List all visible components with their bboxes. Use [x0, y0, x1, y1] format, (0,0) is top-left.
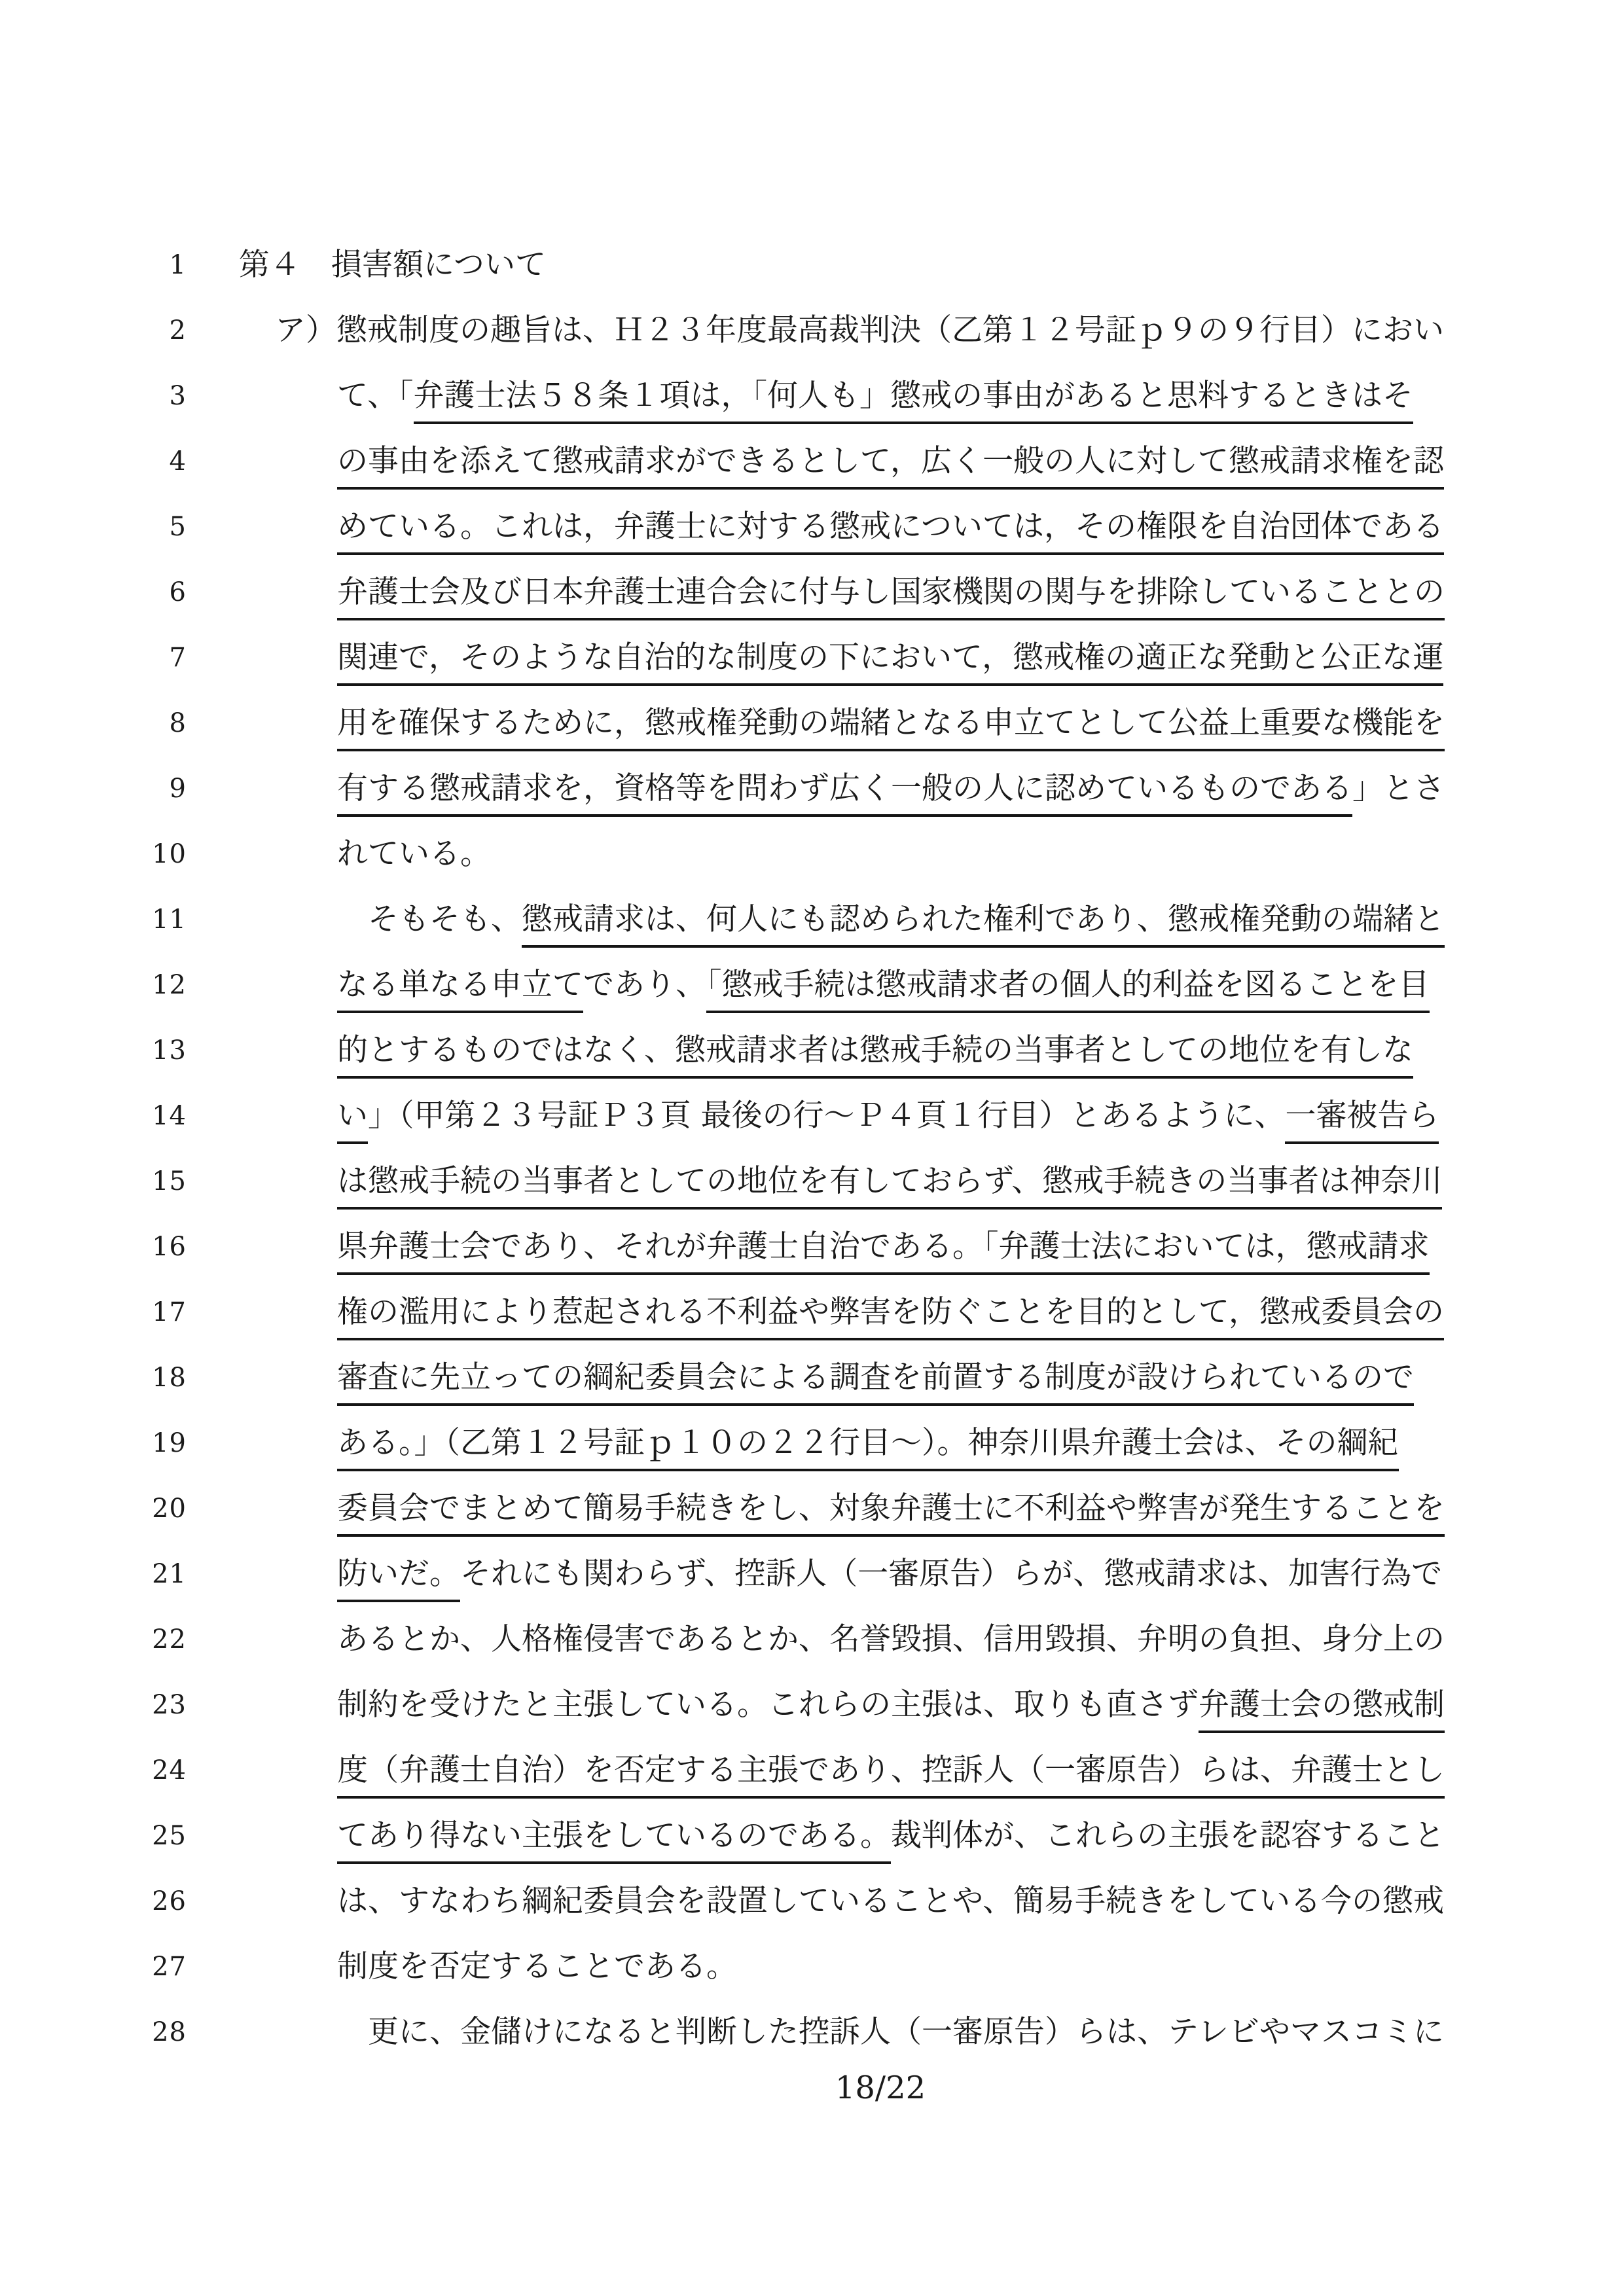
document-line: 25 てあり得ない主張をしているのである。裁判体が、これらの主張を認容すること [0, 1803, 1624, 1869]
document-line: 10 れている。 [0, 821, 1624, 887]
line-text: は、すなわち綱紀委員会を設置していることや、簡易手続きをしている今の懲戒 [337, 1869, 1444, 1934]
underlined-text: 的とするものではなく、懲戒請求者は懲戒手続の当事者としての地位を有しな [337, 1032, 1413, 1079]
line-number: 24 [118, 1738, 187, 1803]
underlined-text: 審査に先立っての綱紀委員会による調査を前置する制度が設けられているので [337, 1359, 1414, 1406]
line-number: 27 [118, 1934, 187, 2000]
line-number: 13 [118, 1018, 187, 1083]
underlined-text: 弁護士会及び日本弁護士連合会に付与し国家機関の関与を排除していることとの [337, 574, 1445, 620]
line-text: ある。」（乙第１２号証ｐ１０の２２行目～）。神奈川県弁護士会は、その綱紀 [337, 1410, 1399, 1476]
underlined-text: 「懲戒手続は懲戒請求者の個人的利益を図ることを目 [706, 967, 1430, 1013]
document-line: 7 関連で，そのような自治的な制度の下において，懲戒権の適正な発動と公正な運 [0, 625, 1624, 691]
line-number: 25 [118, 1803, 187, 1869]
plain-text: であり、 [583, 967, 706, 1003]
line-text: 権の濫用により惹起される不利益や弊害を防ぐことを目的として，懲戒委員会の [337, 1280, 1444, 1345]
line-number: 18 [118, 1345, 187, 1410]
line-number: 3 [118, 363, 187, 429]
document-line: 23 制約を受けたと主張している。これらの主張は、取りも直さず弁護士会の懲戒制 [0, 1672, 1624, 1738]
underlined-text: めている。これは，弁護士に対する懲戒については，その権限を自治団体である [337, 509, 1444, 555]
document-line: 11 そもそも、懲戒請求は、何人にも認められた権利であり、懲戒権発動の端緒と [0, 887, 1624, 952]
line-number: 19 [118, 1410, 187, 1476]
underlined-text: 弁護士法５８条１項は，「何人も」懲戒の事由があると思料するときはそ [414, 378, 1414, 424]
document-line: 14 い」（甲第２３号証Ｐ３頁 最後の行～Ｐ４頁１行目）とあるように、一審被告ら [0, 1083, 1624, 1149]
line-text: て、「弁護士法５８条１項は，「何人も」懲戒の事由があると思料するときはそ [337, 363, 1413, 429]
document-line: 1 第４ 損害額について [0, 232, 1624, 298]
plain-text: 更に、金儲けになると判断した控訴人（一審原告）らは、テレビやマスコミに [368, 2014, 1444, 2050]
plain-text: 第４ 損害額について [239, 247, 546, 283]
plain-text: て、「 [337, 378, 414, 414]
underlined-text: てあり得ない主張をしているのである。 [337, 1818, 891, 1864]
document-body: 1 第４ 損害額について 2 ア）懲戒制度の趣旨は、Ｈ２３年度最高裁判決（乙第１… [0, 232, 1624, 2065]
document-line: 4 の事由を添えて懲戒請求ができるとして，広く一般の人に対して懲戒請求権を認 [0, 429, 1624, 494]
document-line: 20 委員会でまとめて簡易手続きをし、対象弁護士に不利益や弊害が発生することを [0, 1476, 1624, 1541]
plain-text: れている。 [337, 836, 491, 872]
line-text: そもそも、懲戒請求は、何人にも認められた権利であり、懲戒権発動の端緒と [368, 887, 1445, 952]
line-text: 有する懲戒請求を，資格等を問わず広く一般の人に認めているものである」とさ [337, 756, 1445, 821]
document-line: 19 ある。」（乙第１２号証ｐ１０の２２行目～）。神奈川県弁護士会は、その綱紀 [0, 1410, 1624, 1476]
line-number: 21 [118, 1541, 187, 1607]
line-number: 9 [118, 756, 187, 821]
document-line: 18 審査に先立っての綱紀委員会による調査を前置する制度が設けられているので [0, 1345, 1624, 1410]
line-number: 8 [118, 691, 187, 756]
line-number: 11 [118, 887, 187, 952]
underlined-text: は懲戒手続の当事者としての地位を有しておらず、懲戒手続きの当事者は神奈川 [337, 1163, 1442, 1210]
line-text: 制度を否定することである。 [337, 1934, 737, 2000]
line-text: 的とするものではなく、懲戒請求者は懲戒手続の当事者としての地位を有しな [337, 1018, 1413, 1083]
document-line: 28 更に、金儲けになると判断した控訴人（一審原告）らは、テレビやマスコミに [0, 2000, 1624, 2065]
underlined-text: 弁護士会の懲戒制 [1199, 1687, 1445, 1733]
document-line: 2 ア）懲戒制度の趣旨は、Ｈ２３年度最高裁判決（乙第１２号証ｐ９の９行目）におい [0, 298, 1624, 363]
document-line: 6 弁護士会及び日本弁護士連合会に付与し国家機関の関与を排除していることとの [0, 560, 1624, 625]
scanned-legal-document-page: 1 第４ 損害額について 2 ア）懲戒制度の趣旨は、Ｈ２３年度最高裁判決（乙第１… [0, 0, 1624, 2296]
line-text: なる単なる申立てであり、「懲戒手続は懲戒請求者の個人的利益を図ることを目 [337, 952, 1430, 1018]
plain-text: 」（甲第２３号証Ｐ３頁 最後の行～Ｐ４頁１行目）とあるように、 [368, 1098, 1285, 1134]
underlined-text: い [337, 1098, 368, 1144]
underlined-text: 委員会でまとめて簡易手続きをし、対象弁護士に不利益や弊害が発生することを [337, 1490, 1445, 1537]
page-number: 18/22 [337, 2068, 1424, 2108]
line-text: い」（甲第２３号証Ｐ３頁 最後の行～Ｐ４頁１行目）とあるように、一審被告ら [337, 1083, 1439, 1149]
plain-text: 制約を受けたと主張している。これらの主張は、取りも直さず [337, 1687, 1199, 1723]
plain-text: そもそも、 [368, 901, 522, 937]
line-text: 関連で，そのような自治的な制度の下において，懲戒権の適正な発動と公正な運 [337, 625, 1443, 691]
line-number: 26 [118, 1869, 187, 1934]
line-text: あるとか、人格権侵害であるとか、名誉毀損、信用毀損、弁明の負担、身分上の [337, 1607, 1445, 1672]
document-line: 3 て、「弁護士法５８条１項は，「何人も」懲戒の事由があると思料するときはそ [0, 363, 1624, 429]
plain-text: 裁判体が、これらの主張を認容すること [891, 1818, 1445, 1854]
document-line: 21 防いだ。それにも関わらず、控訴人（一審原告）らが、懲戒請求は、加害行為で [0, 1541, 1624, 1607]
line-number: 23 [118, 1672, 187, 1738]
line-number: 1 [118, 232, 187, 298]
document-line: 24 度（弁護士自治）を否定する主張であり、控訴人（一審原告）らは、弁護士とし [0, 1738, 1624, 1803]
document-line: 16 県弁護士会であり、それが弁護士自治である。「弁護士法においては，懲戒請求 [0, 1214, 1624, 1280]
underlined-text: 権の濫用により惹起される不利益や弊害を防ぐことを目的として，懲戒委員会の [337, 1294, 1444, 1340]
document-line: 5 めている。これは，弁護士に対する懲戒については，その権限を自治団体である [0, 494, 1624, 560]
underlined-text: 有する懲戒請求を，資格等を問わず広く一般の人に認めているものである [337, 770, 1352, 817]
document-line: 9 有する懲戒請求を，資格等を問わず広く一般の人に認めているものである」とさ [0, 756, 1624, 821]
underlined-text: ある。」（乙第１２号証ｐ１０の２２行目～）。神奈川県弁護士会は、その綱紀 [337, 1425, 1399, 1471]
underlined-text: 懲戒請求は、何人にも認められた権利であり、懲戒権発動の端緒と [522, 901, 1445, 948]
line-text: 弁護士会及び日本弁護士連合会に付与し国家機関の関与を排除していることとの [337, 560, 1445, 625]
line-text: 委員会でまとめて簡易手続きをし、対象弁護士に不利益や弊害が発生することを [337, 1476, 1445, 1541]
line-number: 14 [118, 1083, 187, 1149]
document-line: 8 用を確保するために，懲戒権発動の端緒となる申立てとして公益上重要な機能を [0, 691, 1624, 756]
line-number: 5 [118, 494, 187, 560]
underlined-text: 関連で，そのような自治的な制度の下において，懲戒権の適正な発動と公正な運 [337, 639, 1443, 686]
line-text: 防いだ。それにも関わらず、控訴人（一審原告）らが、懲戒請求は、加害行為で [337, 1541, 1442, 1607]
line-number: 22 [118, 1607, 187, 1672]
line-number: 28 [118, 2000, 187, 2065]
plain-text: ア）懲戒制度の趣旨は、Ｈ２３年度最高裁判決（乙第１２号証ｐ９の９行目）におい [275, 312, 1444, 348]
line-number: 6 [118, 560, 187, 625]
line-text: 度（弁護士自治）を否定する主張であり、控訴人（一審原告）らは、弁護士とし [337, 1738, 1445, 1803]
line-number: 7 [118, 625, 187, 691]
plain-text: 」とさ [1352, 770, 1445, 806]
line-text: 更に、金儲けになると判断した控訴人（一審原告）らは、テレビやマスコミに [368, 2000, 1444, 2065]
line-number: 20 [118, 1476, 187, 1541]
line-text: れている。 [337, 821, 491, 887]
underlined-text: なる単なる申立て [337, 967, 583, 1013]
plain-text: それにも関わらず、控訴人（一審原告）らが、懲戒請求は、加害行為で [460, 1556, 1442, 1592]
underlined-text: の事由を添えて懲戒請求ができるとして，広く一般の人に対して懲戒請求権を認 [337, 443, 1444, 490]
line-text: てあり得ない主張をしているのである。裁判体が、これらの主張を認容すること [337, 1803, 1445, 1869]
line-text: は懲戒手続の当事者としての地位を有しておらず、懲戒手続きの当事者は神奈川 [337, 1149, 1442, 1214]
document-line: 22 あるとか、人格権侵害であるとか、名誉毀損、信用毀損、弁明の負担、身分上の [0, 1607, 1624, 1672]
underlined-text: 一審被告ら [1285, 1098, 1439, 1144]
plain-text: 制度を否定することである。 [337, 1948, 737, 1984]
plain-text: あるとか、人格権侵害であるとか、名誉毀損、信用毀損、弁明の負担、身分上の [337, 1621, 1445, 1657]
line-number: 17 [118, 1280, 187, 1345]
line-text: めている。これは，弁護士に対する懲戒については，その権限を自治団体である [337, 494, 1444, 560]
underlined-text: 用を確保するために，懲戒権発動の端緒となる申立てとして公益上重要な機能を [337, 705, 1445, 751]
document-line: 27 制度を否定することである。 [0, 1934, 1624, 2000]
line-number: 12 [118, 952, 187, 1018]
line-text: 制約を受けたと主張している。これらの主張は、取りも直さず弁護士会の懲戒制 [337, 1672, 1445, 1738]
line-number: 15 [118, 1149, 187, 1214]
line-text: 審査に先立っての綱紀委員会による調査を前置する制度が設けられているので [337, 1345, 1414, 1410]
line-text: 用を確保するために，懲戒権発動の端緒となる申立てとして公益上重要な機能を [337, 691, 1445, 756]
underlined-text: 度（弁護士自治）を否定する主張であり、控訴人（一審原告）らは、弁護士とし [337, 1752, 1445, 1799]
line-number: 2 [118, 298, 187, 363]
line-number: 4 [118, 429, 187, 494]
document-line: 15 は懲戒手続の当事者としての地位を有しておらず、懲戒手続きの当事者は神奈川 [0, 1149, 1624, 1214]
document-line: 13 的とするものではなく、懲戒請求者は懲戒手続の当事者としての地位を有しな [0, 1018, 1624, 1083]
line-number: 16 [118, 1214, 187, 1280]
document-line: 17 権の濫用により惹起される不利益や弊害を防ぐことを目的として，懲戒委員会の [0, 1280, 1624, 1345]
underlined-text: 県弁護士会であり、それが弁護士自治である。「弁護士法においては，懲戒請求 [337, 1229, 1430, 1275]
underlined-text: 防いだ。 [337, 1556, 460, 1602]
line-number: 10 [118, 821, 187, 887]
line-text: 県弁護士会であり、それが弁護士自治である。「弁護士法においては，懲戒請求 [337, 1214, 1430, 1280]
line-text: の事由を添えて懲戒請求ができるとして，広く一般の人に対して懲戒請求権を認 [337, 429, 1444, 494]
line-text: 第４ 損害額について [239, 232, 546, 298]
plain-text: は、すなわち綱紀委員会を設置していることや、簡易手続きをしている今の懲戒 [337, 1883, 1444, 1919]
document-line: 26 は、すなわち綱紀委員会を設置していることや、簡易手続きをしている今の懲戒 [0, 1869, 1624, 1934]
line-text: ア）懲戒制度の趣旨は、Ｈ２３年度最高裁判決（乙第１２号証ｐ９の９行目）におい [275, 298, 1444, 363]
document-line: 12 なる単なる申立てであり、「懲戒手続は懲戒請求者の個人的利益を図ることを目 [0, 952, 1624, 1018]
